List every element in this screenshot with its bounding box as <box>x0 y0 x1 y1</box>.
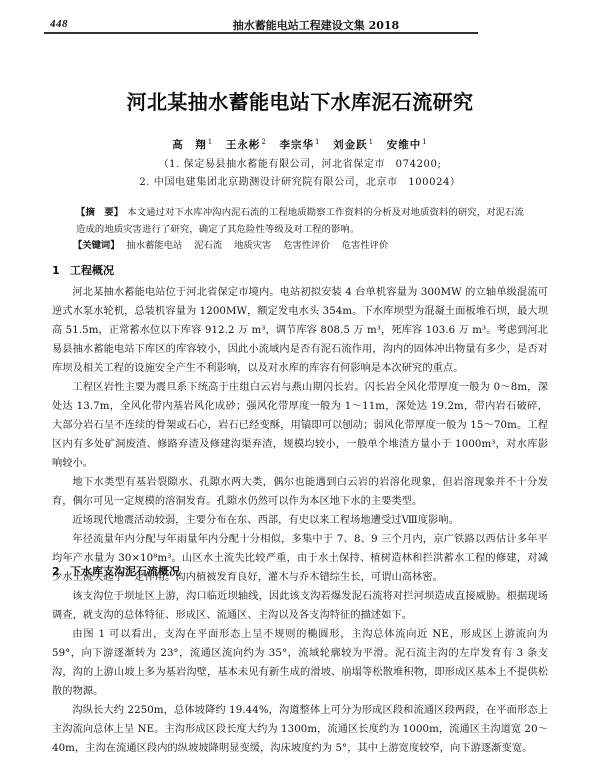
author-list: 高 翔1 王永彬2 李宗华1 刘金跃1 安维中1 <box>0 137 600 152</box>
abstract-label: 【摘 要】 <box>76 207 123 218</box>
affiliation-marker: 1 <box>315 138 320 146</box>
keywords-label: 【关键词】 <box>73 240 120 251</box>
running-header: 448 抽水蓄能电站工程建设文集 2018 <box>46 14 478 34</box>
page-number: 448 <box>50 18 68 30</box>
paper-page: 448 抽水蓄能电站工程建设文集 2018 河北某抽水蓄能电站下水库泥石流研究 … <box>0 0 600 781</box>
keyword: 危害性评价 <box>342 240 389 251</box>
keywords: 【关键词】 抽水蓄能电站 泥石流 地质灾害 危害性评价 危害性评价 <box>73 237 533 251</box>
paragraph: 该支沟位于坝址区上游，沟口临近坝轴线，因此该支沟若爆发泥石流将对拦河坝造成直接威… <box>52 587 548 625</box>
abstract-text: 本文通过对下水库冲沟内泥石流的工程地质勘察工作资料的分析及对地质资料的研究，对泥… <box>76 207 524 235</box>
abstract: 【摘 要】本文通过对下水库冲沟内泥石流的工程地质勘察工作资料的分析及对地质资料的… <box>76 204 528 238</box>
paper-title: 河北某抽水蓄能电站下水库泥石流研究 <box>0 86 600 115</box>
journal-title: 抽水蓄能电站工程建设文集 2018 <box>196 17 436 33</box>
section-number: 1 <box>52 264 70 277</box>
author: 高 翔1 <box>172 139 213 151</box>
paragraph: 沟纵长大约 2250m，总体坡降约 19.44%，沟道整体上可分为形成区段和流通… <box>52 701 548 758</box>
affiliation-marker: 1 <box>208 138 213 146</box>
paragraph: 工程区岩性主要为震旦系下统高于庄组白云岩与燕山期闪长岩。闪长岩全风化带厚度一般为… <box>52 378 548 473</box>
section-2-body: 该支沟位于坝址区上游，沟口临近坝轴线，因此该支沟若爆发泥石流将对拦河坝造成直接威… <box>52 587 548 758</box>
keyword: 地质灾害 <box>234 240 271 251</box>
author-name: 安维中 <box>387 139 422 151</box>
paragraph: 近场现代地震活动较弱，主要分布在东、西部，有史以来工程场地遭受过Ⅷ度影响。 <box>52 511 548 530</box>
paragraph: 由图 1 可以看出，支沟在平面形态上呈不规则的椭圆形，主沟总体流向近 NE，形成… <box>52 625 548 701</box>
section-heading-2: 2下水库支沟泥石流概况 <box>52 563 180 579</box>
section-heading-1: 1工程概况 <box>52 262 114 278</box>
section-title: 下水库支沟泥石流概况 <box>70 565 180 578</box>
author-name: 李宗华 <box>280 139 315 151</box>
section-number: 2 <box>52 565 70 578</box>
author-name: 高 翔 <box>172 139 207 151</box>
paragraph: 河北某抽水蓄能电站位于河北省保定市境内。电站初拟安装 4 台单机容量为 300M… <box>52 283 548 378</box>
author: 刘金跃1 <box>333 139 374 151</box>
affiliation-marker: 1 <box>422 138 427 146</box>
affiliation-2: 2. 中国电建集团北京勘测设计研究院有限公司，北京市 100024） <box>0 173 600 188</box>
affiliation-1: （1. 保定易县抽水蓄能有限公司，河北省保定市 074200; <box>0 155 600 170</box>
paragraph: 地下水类型有基岩裂隙水、孔隙水两大类，偶尔也能遇到白云岩的岩溶化现象，但岩溶现象… <box>52 473 548 511</box>
affiliation-marker: 2 <box>261 138 266 146</box>
author: 王永彬2 <box>226 139 267 151</box>
author-name: 刘金跃 <box>333 139 368 151</box>
keyword: 危害性评价 <box>283 240 330 251</box>
author-name: 王永彬 <box>226 139 261 151</box>
author: 安维中1 <box>387 139 428 151</box>
header-rule <box>44 32 478 34</box>
affiliation-marker: 1 <box>369 138 374 146</box>
keyword: 抽水蓄能电站 <box>126 240 182 251</box>
keyword: 泥石流 <box>194 240 222 251</box>
section-1-body: 河北某抽水蓄能电站位于河北省保定市境内。电站初拟安装 4 台单机容量为 300M… <box>52 283 548 587</box>
author: 李宗华1 <box>280 139 321 151</box>
section-title: 工程概况 <box>70 264 114 277</box>
